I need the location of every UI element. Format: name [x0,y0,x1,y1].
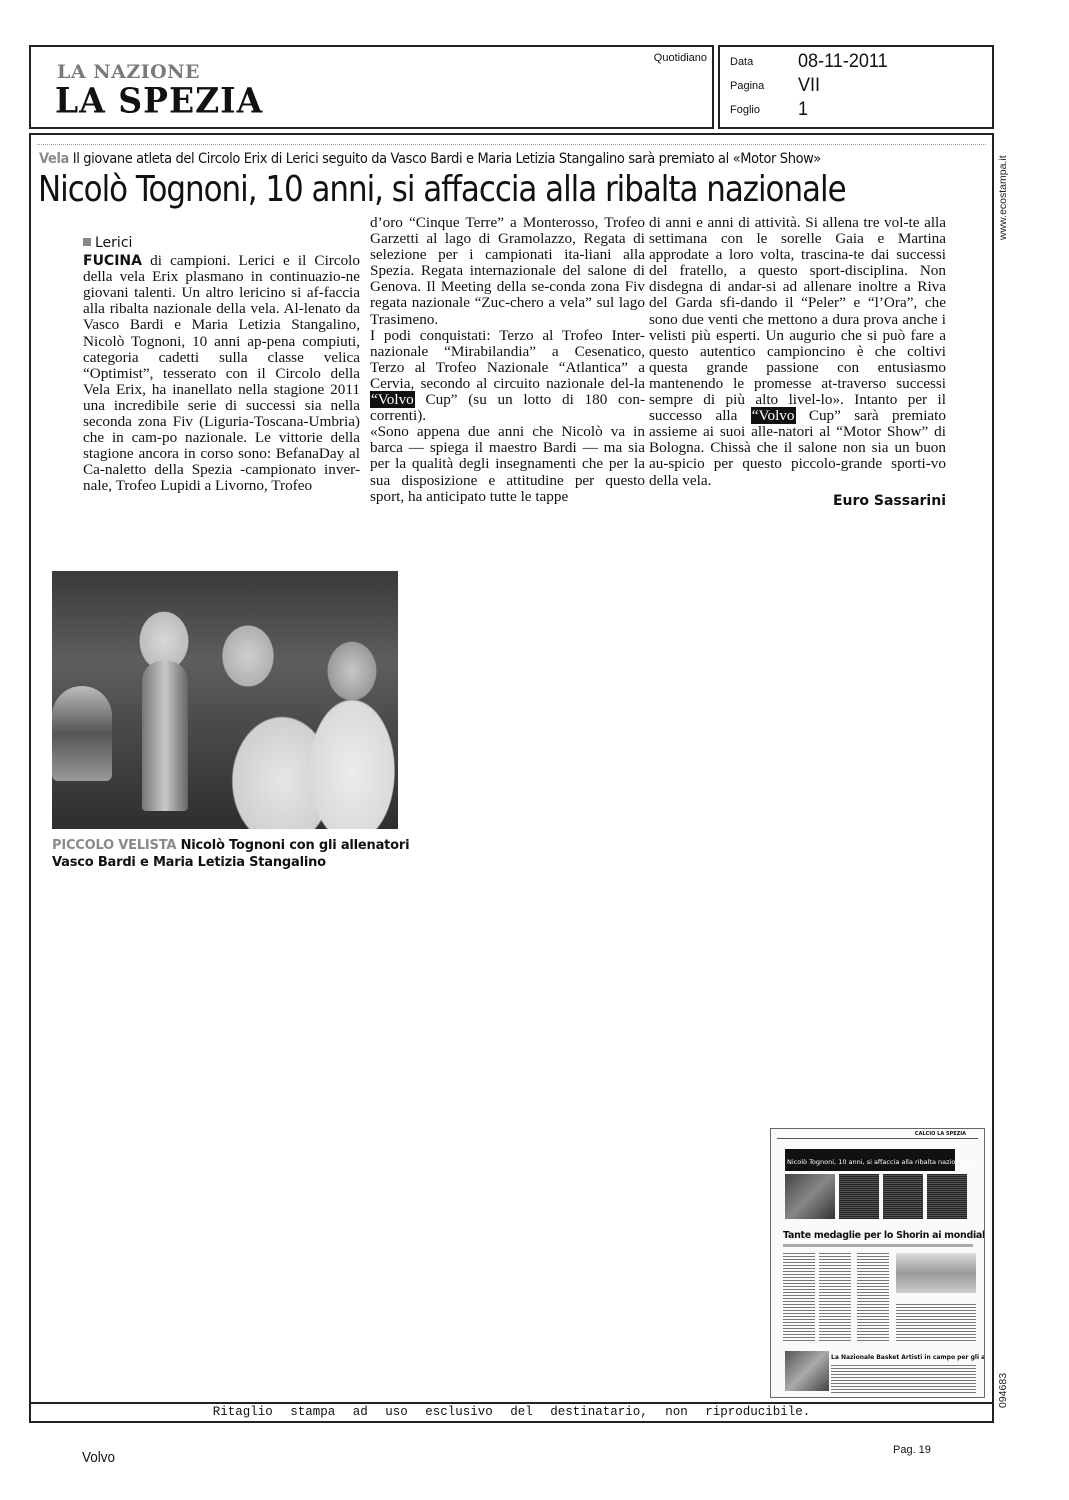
divider [29,1402,994,1404]
thumbnail-photo [785,1351,829,1391]
meta-page: PaginaVII [730,75,821,97]
thumbnail-photo [896,1253,976,1293]
page-thumbnail: CALCIO LA SPEZIA Nicolò Tognoni, 10 anni… [770,1128,985,1398]
article-paragraph: I podi conquistati: Terzo al Trofeo Inte… [370,328,645,425]
publication-frequency: Quotidiano [654,52,707,64]
article-paragraph: «Sono appena due anni che Nicolò va in b… [370,424,645,504]
thumbnail-photo [785,1174,835,1219]
disclaimer: Ritaglio stampa ad uso esclusivo del des… [29,1405,994,1419]
thumbnail-headline: Tante medaglie per lo Shorin ai mondiali [783,1230,985,1241]
article-byline: Euro Sassarini [649,493,946,509]
article-location: Lerici [83,235,360,251]
page-number: Pag. 19 [893,1444,931,1456]
keyword-highlight: “Volvo [751,407,796,424]
publication-header: LA NAZIONE LA SPEZIA Quotidiano [29,45,714,129]
publication-edition: LA SPEZIA [55,80,263,121]
thumbnail-section: CALCIO LA SPEZIA [915,1131,966,1137]
article-paragraph: FUCINA di campioni. Lerici e il Circolo … [83,253,360,494]
keyword-highlight: “Volvo [370,391,415,408]
meta-date: Data08-11-2011 [730,51,892,73]
trophy-shape [52,686,112,781]
article-paragraph: d’oro “Cinque Terre” a Monterosso, Trofe… [370,215,645,328]
kicker-text: Il giovane atleta del Circolo Erix di Le… [73,151,821,167]
article-column-1: Lerici FUCINA di campioni. Lerici e il C… [83,235,360,495]
client-name: Volvo [82,1449,115,1466]
meta-sheet: Foglio1 [730,99,809,121]
thumbnail-headline: Nicolò Tognoni, 10 anni, si affaccia all… [787,1158,969,1166]
square-bullet-icon [83,238,91,246]
article-paragraph: di anni e anni di attività. Si allena tr… [649,215,946,489]
source-url: www.ecostampa.it [997,150,1013,240]
article-headline: Nicolò Tognoni, 10 anni, si affaccia all… [38,169,864,210]
clipping-code: 094683 [997,1362,1013,1408]
kicker-tag: Vela [39,151,69,167]
caption-tag: PICCOLO VELISTA [52,838,176,853]
article-column-2: d’oro “Cinque Terre” a Monterosso, Trofe… [370,215,645,505]
publication-meta: Data08-11-2011 PaginaVII Foglio1 [718,45,994,129]
thumbnail-headline: La Nazionale Basket Artisti in campo per… [831,1354,985,1361]
article-photo [52,571,398,829]
trophy-shape [142,661,188,811]
article-clipping: Vela Il giovane atleta del Circolo Erix … [29,133,994,1423]
article-kicker: Vela Il giovane atleta del Circolo Erix … [39,151,923,167]
divider [37,144,986,145]
lead-word: FUCINA [83,253,142,269]
photo-caption: PICCOLO VELISTA Nicolò Tognoni con gli a… [52,837,412,871]
article-column-3: di anni e anni di attività. Si allena tr… [649,215,946,509]
